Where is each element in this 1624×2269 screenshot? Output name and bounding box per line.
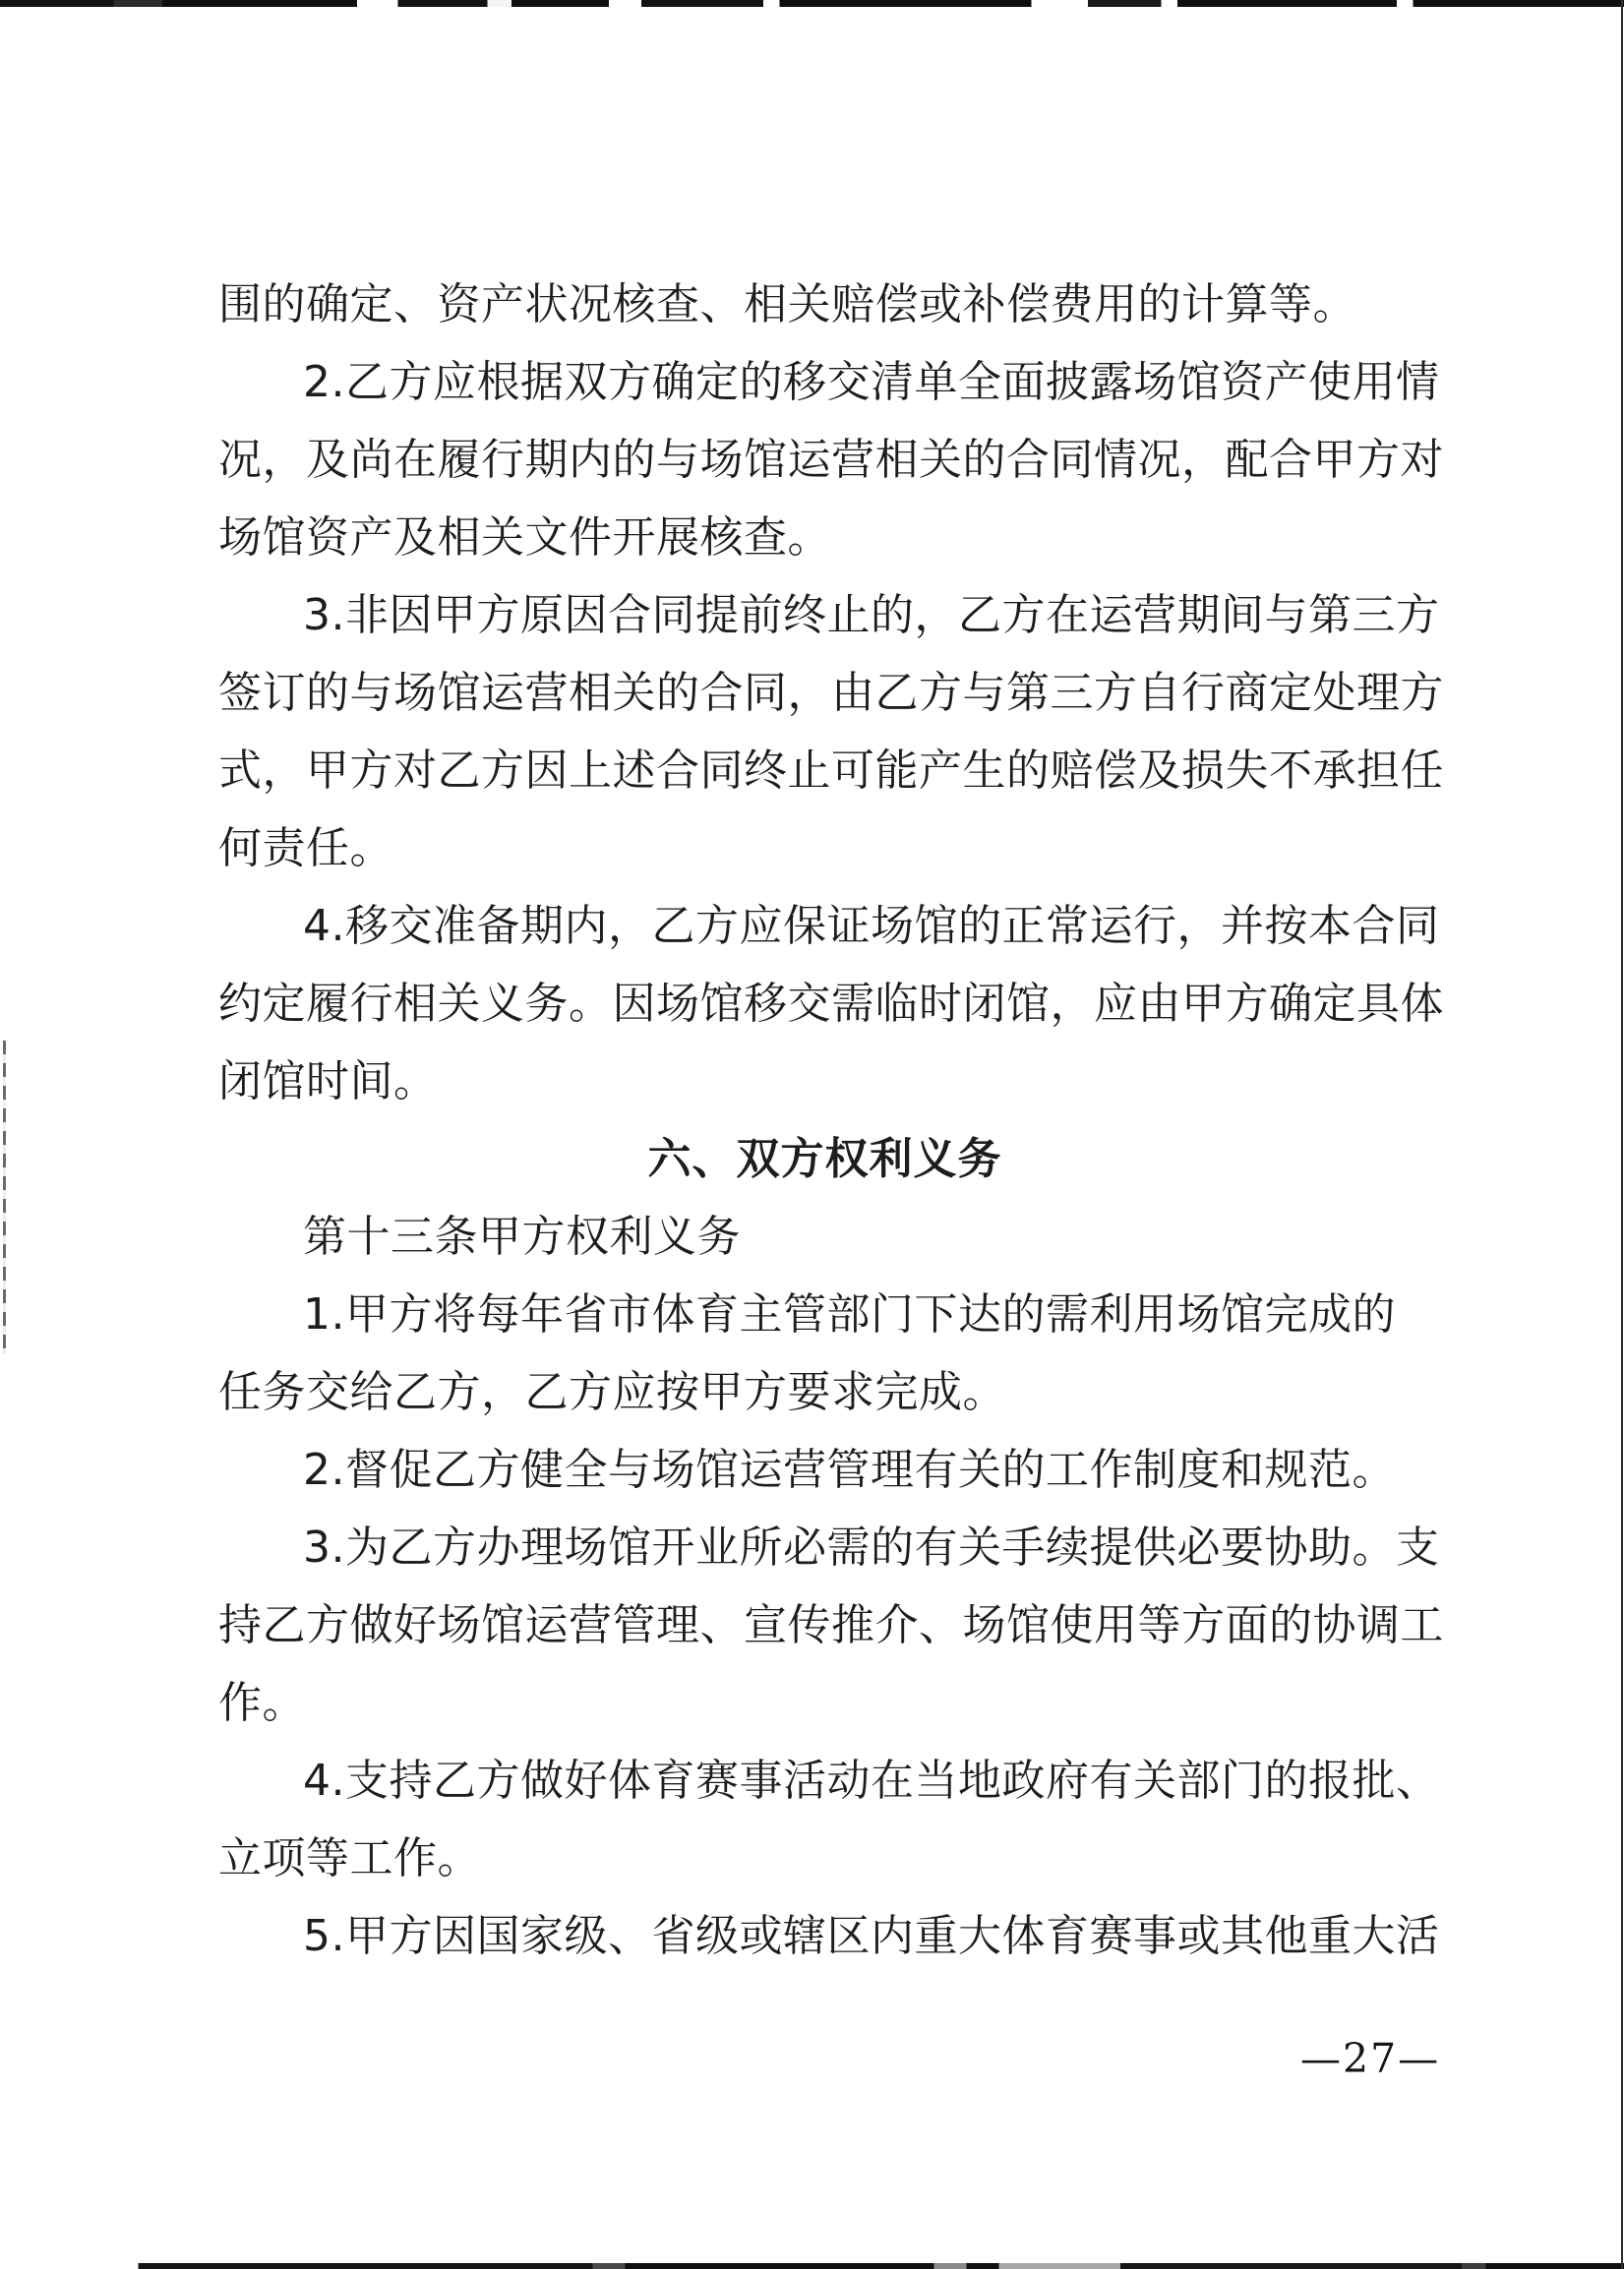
text-line: 作。 bbox=[218, 1664, 1431, 1742]
paragraph: 4.移交准备期内，乙方应保证场馆的正常运行，并按本合同约定履行相关义务。因场馆移… bbox=[218, 887, 1431, 1120]
scan-edge-bottom bbox=[0, 2263, 1624, 2269]
paragraph: 第十三条甲方权利义务 bbox=[218, 1198, 1431, 1276]
text-line: 何责任。 bbox=[218, 809, 1431, 887]
scanned-contract-page: 围的确定、资产状况核查、相关赔偿或补偿费用的计算等。2.乙方应根据双方确定的移交… bbox=[0, 0, 1624, 2269]
section-heading: 六、双方权利义务 bbox=[218, 1120, 1431, 1198]
text-line: 签订的与场馆运营相关的合同，由乙方与第三方自行商定处理方 bbox=[218, 654, 1431, 732]
text-line: 围的确定、资产状况核查、相关赔偿或补偿费用的计算等。 bbox=[218, 266, 1431, 343]
paragraph: 围的确定、资产状况核查、相关赔偿或补偿费用的计算等。 bbox=[218, 266, 1431, 343]
text-line: 5.甲方因国家级、省级或辖区内重大体育赛事或其他重大活 bbox=[218, 1897, 1431, 1975]
scan-edge-left bbox=[3, 1041, 6, 1353]
text-line: 立项等工作。 bbox=[218, 1820, 1431, 1897]
text-line: 况，及尚在履行期内的与场馆运营相关的合同情况，配合甲方对 bbox=[218, 421, 1431, 499]
text-line: 4.移交准备期内，乙方应保证场馆的正常运行，并按本合同 bbox=[218, 887, 1431, 965]
text-line: 场馆资产及相关文件开展核查。 bbox=[218, 499, 1431, 576]
text-line: 3.为乙方办理场馆开业所必需的有关手续提供必要协助。支 bbox=[218, 1509, 1431, 1586]
text-line: 任务交给乙方，乙方应按甲方要求完成。 bbox=[218, 1353, 1431, 1431]
text-line: 闭馆时间。 bbox=[218, 1043, 1431, 1120]
section-heading-text: 六、双方权利义务 bbox=[218, 1120, 1431, 1198]
paragraph: 3.为乙方办理场馆开业所必需的有关手续提供必要协助。支持乙方做好场馆运营管理、宣… bbox=[218, 1509, 1431, 1742]
text-line: 2.督促乙方健全与场馆运营管理有关的工作制度和规范。 bbox=[218, 1431, 1431, 1509]
paragraph: 4.支持乙方做好体育赛事活动在当地政府有关部门的报批、立项等工作。 bbox=[218, 1742, 1431, 1897]
document-body: 围的确定、资产状况核查、相关赔偿或补偿费用的计算等。2.乙方应根据双方确定的移交… bbox=[218, 266, 1431, 1975]
text-line: 第十三条甲方权利义务 bbox=[218, 1198, 1431, 1276]
paragraph: 1.甲方将每年省市体育主管部门下达的需利用场馆完成的任务交给乙方，乙方应按甲方要… bbox=[218, 1276, 1431, 1431]
scan-edge-top bbox=[0, 0, 1624, 7]
text-line: 1.甲方将每年省市体育主管部门下达的需利用场馆完成的 bbox=[218, 1276, 1431, 1353]
paragraph: 3.非因甲方原因合同提前终止的，乙方在运营期间与第三方签订的与场馆运营相关的合同… bbox=[218, 576, 1431, 887]
page-number: —27— bbox=[1300, 2036, 1440, 2081]
text-line: 4.支持乙方做好体育赛事活动在当地政府有关部门的报批、 bbox=[218, 1742, 1431, 1820]
paragraph: 2.督促乙方健全与场馆运营管理有关的工作制度和规范。 bbox=[218, 1431, 1431, 1509]
text-line: 3.非因甲方原因合同提前终止的，乙方在运营期间与第三方 bbox=[218, 576, 1431, 654]
scan-edge-right bbox=[1621, 0, 1623, 2269]
paragraph: 2.乙方应根据双方确定的移交清单全面披露场馆资产使用情况，及尚在履行期内的与场馆… bbox=[218, 343, 1431, 576]
text-line: 持乙方做好场馆运营管理、宣传推介、场馆使用等方面的协调工 bbox=[218, 1586, 1431, 1664]
paragraph: 5.甲方因国家级、省级或辖区内重大体育赛事或其他重大活 bbox=[218, 1897, 1431, 1975]
text-line: 约定履行相关义务。因场馆移交需临时闭馆，应由甲方确定具体 bbox=[218, 965, 1431, 1043]
text-line: 2.乙方应根据双方确定的移交清单全面披露场馆资产使用情 bbox=[218, 343, 1431, 421]
text-line: 式，甲方对乙方因上述合同终止可能产生的赔偿及损失不承担任 bbox=[218, 732, 1431, 809]
